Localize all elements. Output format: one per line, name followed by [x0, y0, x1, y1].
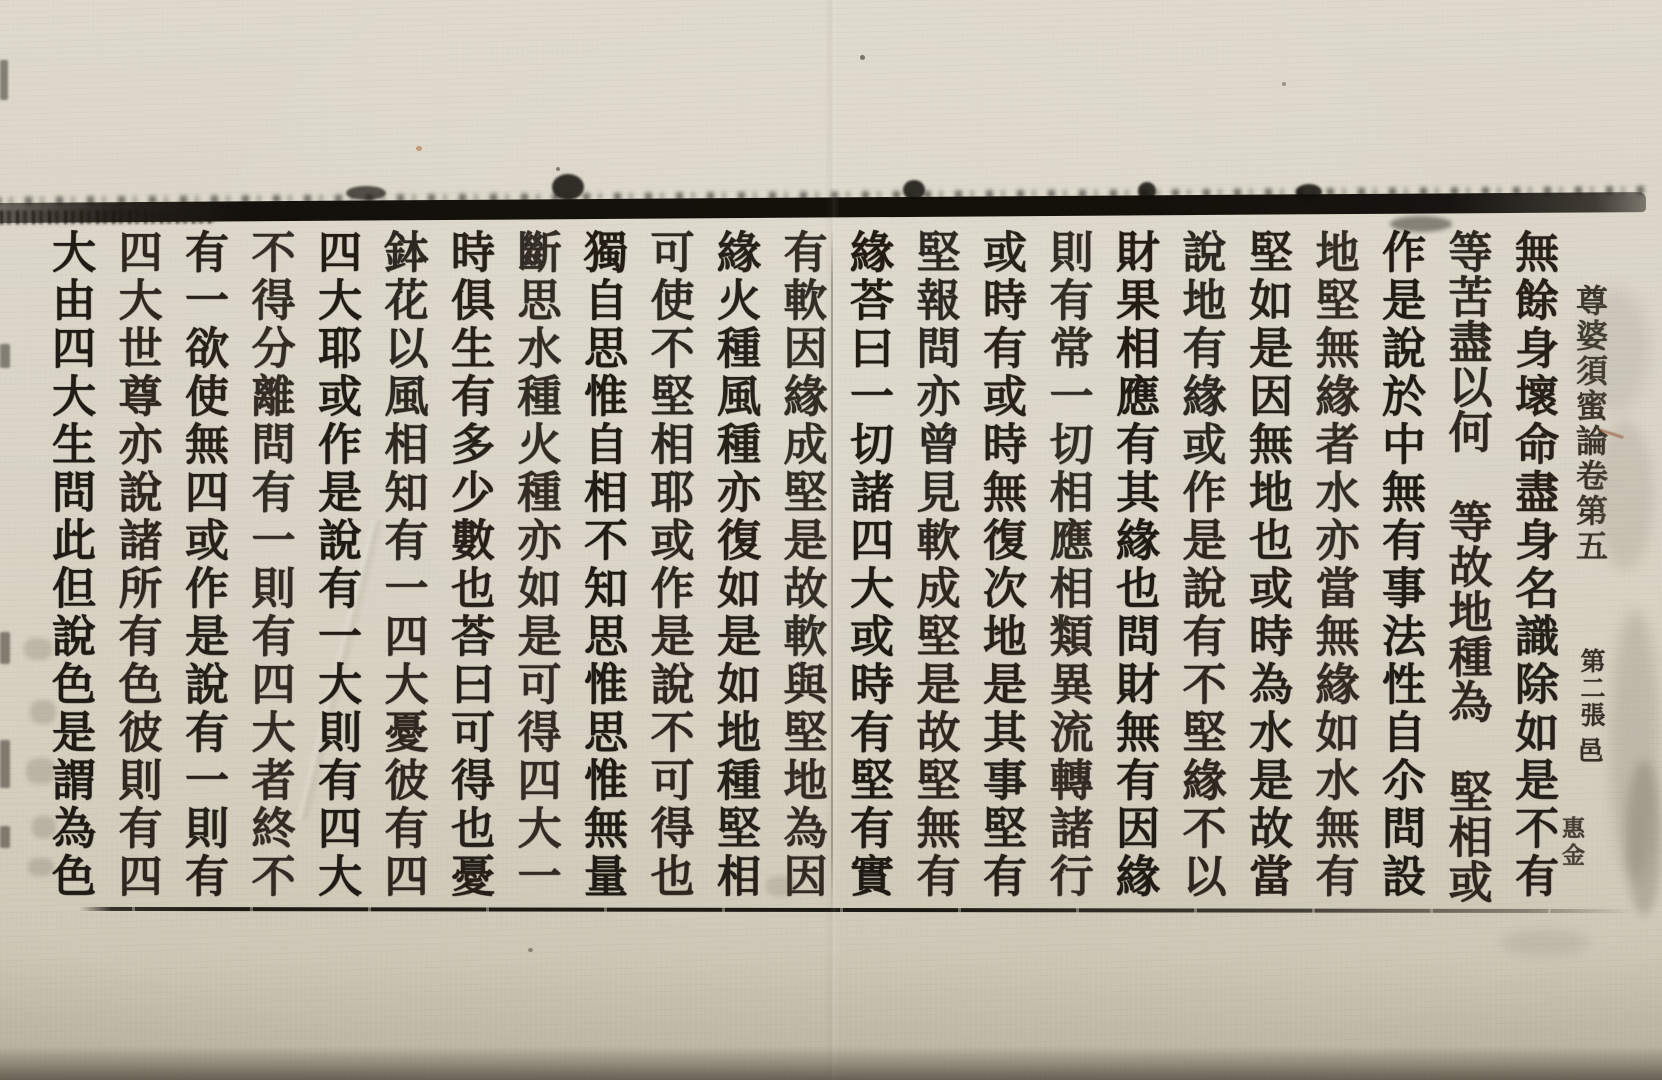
edge-ink-mark: [0, 740, 10, 788]
volume-title: 尊婆須蜜論卷第五: [1560, 284, 1620, 564]
ink-blot: [346, 186, 386, 200]
bleedthrough-mark: [766, 876, 796, 896]
bottom-edge-shadow: [0, 1046, 1662, 1080]
sheet-number-label: 第二張: [1566, 648, 1614, 729]
text-column: 緣荅曰一切諸四大或時有堅有實: [839, 229, 895, 919]
text-column: 無餘身壞命盡身名識除如是不有: [1504, 229, 1560, 919]
speck: [1282, 82, 1286, 86]
text-column: 說地有緣或作是說有不堅緣不以: [1172, 229, 1228, 919]
edge-ink-mark: [0, 344, 10, 368]
ink-blot: [1296, 184, 1322, 200]
text-column: 四大世尊亦說諸所有色彼則有四: [108, 229, 164, 919]
edge-ink-mark: [0, 632, 10, 664]
text-column: 堅報問亦曾見軟成堅是故堅無有: [906, 229, 962, 919]
ink-blot: [1138, 182, 1156, 200]
text-column: 鉢花以風相知有一四大憂彼有四: [374, 229, 430, 919]
ink-blot: [903, 180, 925, 200]
bleedthrough-mark: [26, 758, 56, 784]
text-column: 作是說於中無有事法性自尒問設: [1371, 229, 1427, 919]
bleedthrough-mark: [32, 816, 56, 838]
text-column: 有軟因緣成堅是故軟與堅地為因: [773, 229, 829, 919]
center-fold-line: [831, 226, 833, 916]
edge-ink-mark: [0, 60, 8, 100]
speck: [860, 55, 865, 60]
bleedthrough-mark: [28, 858, 54, 876]
top-border-drybrush: [0, 209, 215, 224]
edge-ink-mark: [0, 826, 10, 848]
text-column: 可使不堅相耶或作是說不可得也: [640, 229, 696, 919]
text-column: 時俱生有多少數也荅曰可得也憂: [440, 229, 496, 919]
text-column: 四大耶或作是說有一大則有四大: [307, 229, 363, 919]
speck: [556, 167, 560, 171]
text-column: 獨自思惟自相不知思惟思惟無量: [573, 229, 629, 919]
speck: [528, 948, 533, 952]
text-column: 有一欲使無四或作是說有一則有: [174, 229, 230, 919]
text-column: 等苦盡以何 等故地種為 堅相或: [1438, 229, 1494, 919]
speck: [416, 146, 422, 151]
text-column: 則有常一切相應相類異流轉諸行: [1039, 229, 1095, 919]
text-column: 斷思水種火種亦如是可得四大一: [507, 229, 563, 919]
text-column: 或時有或時無復次地是其事堅有: [972, 229, 1028, 919]
text-column: 地堅無緣者水亦當無緣如水無有: [1305, 229, 1361, 919]
case-mark: 邑: [1563, 737, 1613, 763]
woodblock-sutra-scan: 尊婆須蜜論卷第五 第二張 邑 惠金 無餘身壞命盡身名識除如是不有 等苦盡以何 等…: [0, 0, 1662, 1080]
text-column: 財果相應有其緣也問財無有因緣: [1105, 229, 1161, 919]
text-column: 緣火種風種亦復如是如地種堅相: [706, 229, 762, 919]
bleedthrough-mark: [30, 700, 56, 724]
text-column: 堅如是因無地也或時為水是故當: [1238, 229, 1294, 919]
stain: [1626, 760, 1662, 915]
stain: [1610, 610, 1660, 880]
ink-blot: [552, 174, 584, 200]
bleedthrough-mark: [24, 638, 52, 660]
text-column: 不得分離問有一則有四大者終不: [241, 229, 297, 919]
stain: [1500, 930, 1590, 956]
